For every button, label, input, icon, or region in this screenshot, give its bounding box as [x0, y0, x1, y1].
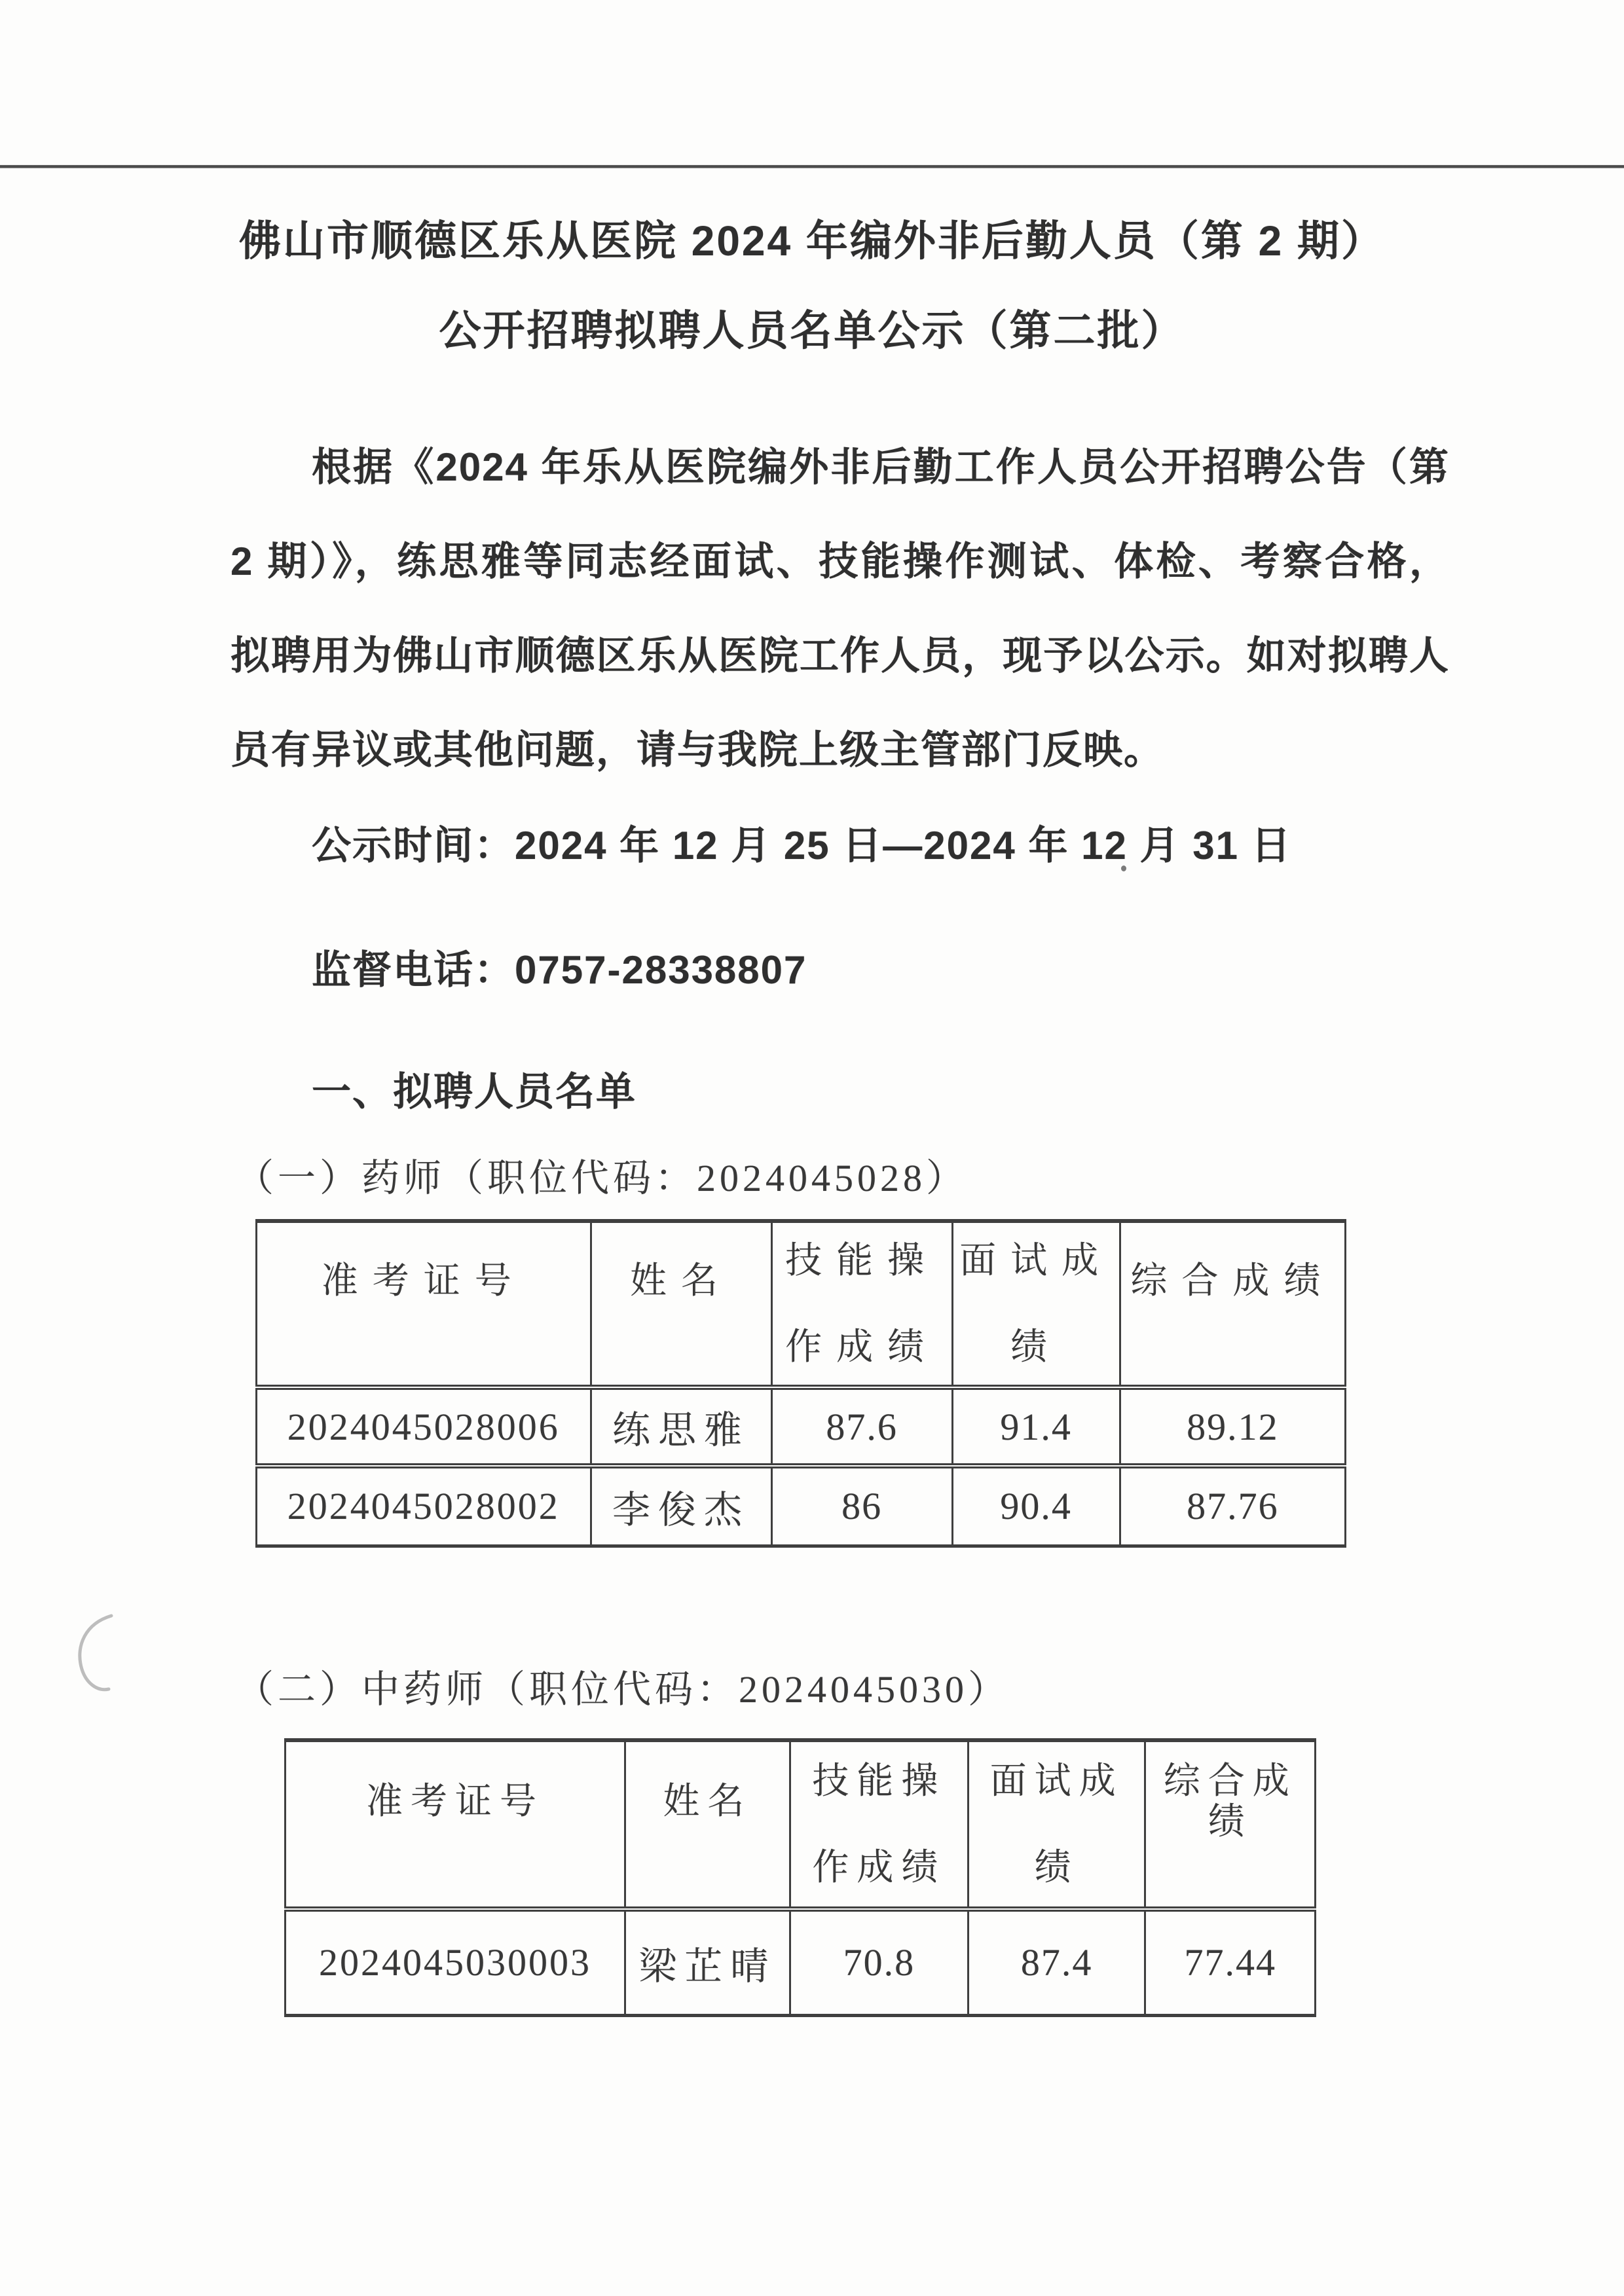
cell-overall-score: 87.76	[1120, 1466, 1345, 1546]
tcm-pharmacist-score-table: 准考证号 姓名 技能操 作成绩	[284, 1738, 1316, 2017]
header-line: 准考证号	[322, 1261, 526, 1302]
header-line: 面试成	[990, 1761, 1124, 1802]
header-line: 面试成	[959, 1241, 1113, 1281]
header-cell-overall-score: 综合成绩	[1145, 1740, 1316, 1909]
header-cell-exam-number: 准考证号	[257, 1221, 591, 1387]
document-page: 佛山市顺德区乐从医院 2024 年编外非后勤人员（第 2 期） 公开招聘拟聘人员…	[0, 0, 1624, 2296]
header-line: 综合成绩	[1130, 1261, 1335, 1302]
cell-name: 梁芷晴	[625, 1909, 790, 2015]
document-title-line-2: 公开招聘拟聘人员名单公示（第二批）	[0, 301, 1624, 361]
cell-name: 练思雅	[591, 1387, 771, 1466]
cell-interview-score: 90.4	[952, 1466, 1120, 1546]
header-line: 技能操	[812, 1761, 946, 1802]
header-cell-interview-score: 面试成 绩	[952, 1221, 1120, 1387]
cell-skill-score: 86	[771, 1466, 952, 1546]
table-header-row: 准考证号 姓名 技能操 作成绩	[257, 1221, 1346, 1387]
subsection-heading-pharmacist: （一）药师（职位代码：2024045028）	[236, 1133, 1480, 1224]
header-cell-text: 综合成绩	[1146, 1761, 1314, 1888]
header-cell-name: 姓名	[591, 1221, 771, 1387]
header-cell-interview-score: 面试成 绩	[968, 1740, 1145, 1909]
header-cell-name: 姓名	[625, 1740, 790, 1909]
header-cell-overall-score: 综合成绩	[1120, 1221, 1345, 1387]
table-row: 2024045030003 梁芷晴 70.8 87.4 77.44	[286, 1909, 1316, 2015]
paragraph-line: 2 期）》，练思雅等同志经面试、技能操作测试、体检、考察合格，	[231, 515, 1450, 609]
header-line: 技能操	[785, 1241, 938, 1281]
section-heading: 一、拟聘人员名单	[231, 1046, 1475, 1138]
header-line: 姓名	[663, 1781, 752, 1822]
header-cell-exam-number: 准考证号	[286, 1740, 625, 1909]
header-line: 综合成绩	[1146, 1761, 1314, 1842]
cell-name: 李俊杰	[591, 1466, 771, 1546]
publicity-period: 公示时间：2024 年 12 月 25 日—2024 年 12 月 31 日	[231, 800, 1475, 892]
cell-overall-score: 89.12	[1120, 1387, 1345, 1466]
cell-exam-number: 2024045030003	[286, 1909, 625, 2015]
paragraph-line: 员有异议或其他问题，请与我院上级主管部门反映。	[231, 703, 1450, 797]
cell-overall-score: 77.44	[1145, 1909, 1316, 2015]
header-line: 姓名	[630, 1261, 732, 1302]
header-cell-text: 姓名	[592, 1261, 771, 1347]
table-row: 2024045028006 练思雅 87.6 91.4 89.12	[257, 1387, 1346, 1466]
cell-skill-score: 70.8	[790, 1909, 968, 2015]
cell-exam-number: 2024045028006	[257, 1387, 591, 1466]
paragraph-line: 拟聘用为佛山市顺德区乐从医院工作人员，现予以公示。如对拟聘人	[231, 609, 1450, 703]
table-row: 2024045028002 李俊杰 86 90.4 87.76	[257, 1466, 1346, 1546]
header-cell-text: 准考证号	[257, 1261, 590, 1347]
scan-artifact-mark	[71, 1612, 130, 1697]
header-cell-text: 面试成 绩	[953, 1241, 1119, 1368]
cell-skill-score: 87.6	[771, 1387, 952, 1466]
header-cell-text: 姓名	[626, 1781, 789, 1868]
header-cell-text: 面试成 绩	[969, 1761, 1145, 1888]
scan-edge-line	[0, 165, 1624, 168]
paragraph-line: 根据《2024 年乐从医院编外非后勤工作人员公开招聘公告（第	[231, 420, 1450, 515]
pharmacist-score-table: 准考证号 姓名 技能操 作成绩	[255, 1219, 1346, 1548]
header-cell-text: 技能操 作成绩	[773, 1241, 951, 1368]
cell-interview-score: 87.4	[968, 1909, 1145, 2015]
header-cell-skill-score: 技能操 作成绩	[771, 1221, 952, 1387]
header-line: 作成绩	[812, 1848, 946, 1888]
header-line: 准考证号	[366, 1781, 544, 1822]
header-cell-text: 综合成绩	[1121, 1261, 1344, 1347]
header-cell-text: 技能操 作成绩	[791, 1761, 967, 1888]
cell-exam-number: 2024045028002	[257, 1466, 591, 1546]
scan-speck	[1121, 866, 1126, 871]
document-title-line-1: 佛山市顺德区乐从医院 2024 年编外非后勤人员（第 2 期）	[0, 211, 1624, 271]
body-paragraph: 根据《2024 年乐从医院编外非后勤工作人员公开招聘公告（第 2 期）》，练思雅…	[231, 420, 1450, 797]
subsection-heading-tcm-pharmacist: （二）中药师（职位代码：2024045030）	[236, 1644, 1480, 1736]
table-header-row: 准考证号 姓名 技能操 作成绩	[286, 1740, 1316, 1909]
header-cell-skill-score: 技能操 作成绩	[790, 1740, 968, 1909]
header-line: 作成绩	[785, 1327, 938, 1368]
header-cell-text: 准考证号	[286, 1781, 624, 1868]
header-line: 绩	[1035, 1848, 1079, 1888]
supervision-phone: 监督电话：0757-28338807	[231, 924, 1475, 1016]
cell-interview-score: 91.4	[952, 1387, 1120, 1466]
header-line: 绩	[1010, 1327, 1061, 1368]
